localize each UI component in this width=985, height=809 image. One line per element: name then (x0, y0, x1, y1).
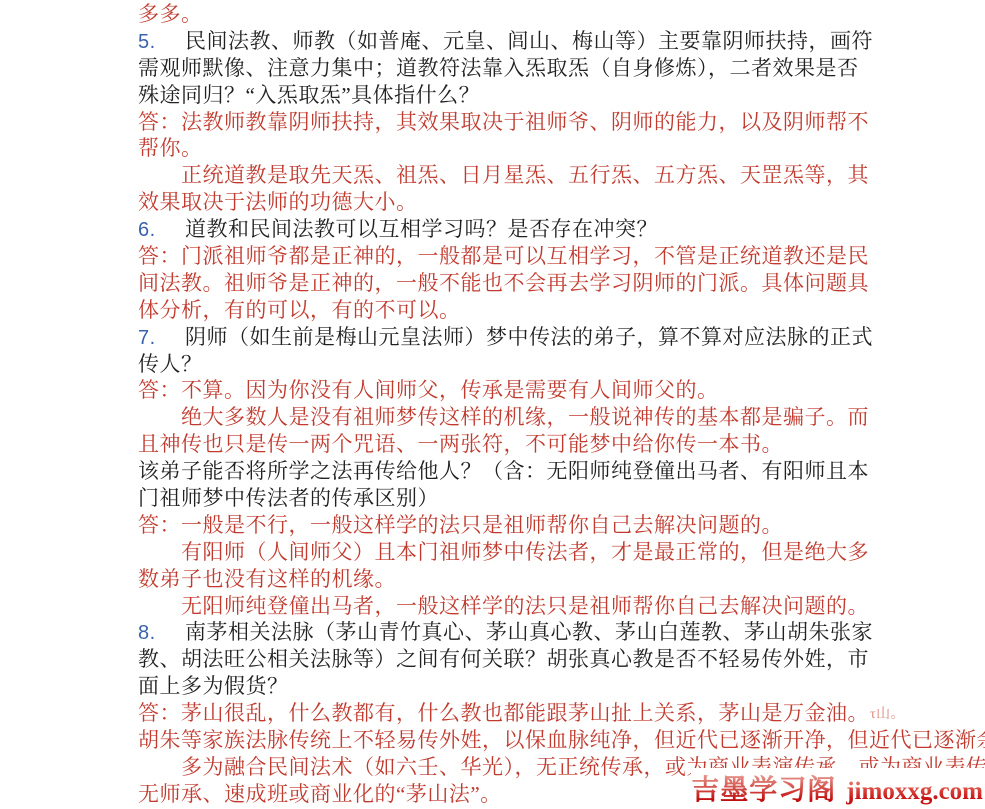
question-line: 教、胡法旺公相关法脉等）之间有何关联？胡张真心教是否不轻易传外姓，市 (138, 646, 985, 673)
question-number: 8. (138, 620, 185, 647)
line-text: 答：不算。因为你没有人间师父，传承是需要有人间师父的。 (138, 378, 719, 402)
answer-line: 数弟子也没有这样的机缘。 (138, 566, 985, 593)
answer-line: 绝大多数人是没有祖师梦传这样的机缘，一般说神传的基本都是骗子。而 (138, 404, 985, 431)
question-line: 门祖师梦中传法者的传承区别） (138, 485, 985, 512)
answer-line: 答：茅山很乱，什么教都有，什么教也都能跟茅山扯上关系，茅山是万金油。τ山。 (138, 700, 985, 727)
line-text: 阴师（如生前是梅山元皇法师）梦中传法的弟子，算不算对应法脉的正式 (185, 325, 873, 349)
answer-line: 且神传也只是传一两个咒语、一两张符，不可能梦中给你传一本书。 (138, 431, 985, 458)
line-text: 南茅相关法脉（茅山青竹真心、茅山真心教、茅山白莲教、茅山胡朱张家 (185, 620, 873, 644)
line-text: 道教和民间法教可以互相学习吗？是否存在冲突？ (185, 217, 658, 241)
document-page: 多多。5.民间法教、师教（如普庵、元皇、闾山、梅山等）主要靠阴师扶持，画符需观师… (0, 1, 985, 809)
line-text: 殊途同归？“入炁取炁”具体指什么？ (138, 83, 480, 107)
line-text: 数弟子也没有这样的机缘。 (138, 567, 396, 591)
question-line: 传人？ (138, 351, 985, 378)
question-line: 面上多为假货？ (138, 673, 985, 700)
answer-line: 有阳师（人间师父）且本门祖师梦中传法者，才是最正常的，但是绝大多 (138, 539, 985, 566)
line-text: 答：法教师教靠阴师扶持，其效果取决于祖师爷、阴师的能力，以及阴师帮不 (138, 110, 869, 134)
answer-line: 答：一般是不行，一般这样学的法只是祖师帮你自己去解决问题的。 (138, 512, 985, 539)
answer-line: 多多。 (138, 1, 985, 28)
answer-line: 答：不算。因为你没有人间师父，传承是需要有人间师父的。 (138, 377, 985, 404)
answer-line: 答：门派祖师爷都是正神的，一般都是可以互相学习，不管是正统道教还是民 (138, 243, 985, 270)
question-line: 5.民间法教、师教（如普庵、元皇、闾山、梅山等）主要靠阴师扶持，画符 (138, 28, 985, 55)
document-text-block: 多多。5.民间法教、师教（如普庵、元皇、闾山、梅山等）主要靠阴师扶持，画符需观师… (138, 1, 985, 808)
watermark-brand: 吉墨学习阁 (691, 768, 836, 808)
line-text: 无阳师纯登僮出马者，一般这样学的法只是祖师帮你自己去解决问题的。 (138, 594, 869, 618)
answer-line: 无阳师纯登僮出马者，一般这样学的法只是祖师帮你自己去解决问题的。 (138, 593, 985, 620)
question-line: 8.南茅相关法脉（茅山青竹真心、茅山真心教、茅山白莲教、茅山胡朱张家 (138, 619, 985, 646)
line-text: 间法教。祖师爷是正神的，一般不能也不会再去学习阴师的门派。具体问题具 (138, 271, 869, 295)
question-number: 6. (138, 217, 185, 244)
question-number: 7. (138, 325, 185, 352)
line-text: 答：茅山很乱，什么教都有，什么教也都能跟茅山扯上关系，茅山是万金油。 (138, 701, 869, 725)
line-text: 无师承、速成班或商业化的“茅山法”。 (138, 782, 502, 806)
line-text: 需观师默像、注意力集中；道教符法靠入炁取炁（自身修炼），二者效果是否 (138, 56, 859, 80)
line-text: 民间法教、师教（如普庵、元皇、闾山、梅山等）主要靠阴师扶持，画符 (185, 29, 873, 53)
line-text: 门祖师梦中传法者的传承区别） (138, 486, 439, 510)
line-text: 有阳师（人间师父）且本门祖师梦中传法者，才是最正常的，但是绝大多 (138, 540, 869, 564)
line-text: 多多。 (138, 2, 203, 26)
line-text: 该弟子能否将所学之法再传给他人？（含：无阳师纯登僮出马者、有阳师且本 (138, 459, 869, 483)
answer-line: 胡朱等家族法脉传统上不轻易传外姓，以保血脉纯净，但近代已逐渐开净，但近代已逐渐余 (138, 727, 985, 754)
line-text: 体分析，有的可以，有的不可以。 (138, 298, 461, 322)
answer-line: 正统道教是取先天炁、祖炁、日月星炁、五行炁、五方炁、天罡炁等，其 (138, 162, 985, 189)
answer-line: 体分析，有的可以，有的不可以。 (138, 297, 985, 324)
line-text: 面上多为假货？ (138, 674, 289, 698)
question-line: 殊途同归？“入炁取炁”具体指什么？ (138, 82, 985, 109)
line-text: 传人？ (138, 352, 203, 376)
question-line: 该弟子能否将所学之法再传给他人？（含：无阳师纯登僮出马者、有阳师且本 (138, 458, 985, 485)
line-text: 效果取决于法师的功德大小。 (138, 190, 418, 214)
line-text: 绝大多数人是没有祖师梦传这样的机缘，一般说神传的基本都是骗子。而 (138, 405, 869, 429)
line-text: 帮你。 (138, 136, 203, 160)
render-glitch-artifact: τ山。 (870, 707, 905, 722)
line-text: 答：门派祖师爷都是正神的，一般都是可以互相学习，不管是正统道教还是民 (138, 244, 869, 268)
line-text: 且神传也只是传一两个咒语、一两张符，不可能梦中给你传一本书。 (138, 432, 783, 456)
watermark: 吉墨学习阁 jimoxxg.com (691, 768, 985, 808)
line-text: 正统道教是取先天炁、祖炁、日月星炁、五行炁、五方炁、天罡炁等，其 (138, 163, 869, 187)
answer-line: 效果取决于法师的功德大小。 (138, 189, 985, 216)
line-text: 胡朱等家族法脉传统上不轻易传外姓，以保血脉纯净，但近代已逐渐开净，但近代已逐渐余 (138, 728, 985, 752)
watermark-domain: jimoxxg.com (846, 778, 983, 806)
answer-line: 帮你。 (138, 135, 985, 162)
answer-line: 答：法教师教靠阴师扶持，其效果取决于祖师爷、阴师的能力，以及阴师帮不 (138, 109, 985, 136)
question-line: 6.道教和民间法教可以互相学习吗？是否存在冲突？ (138, 216, 985, 243)
answer-line: 间法教。祖师爷是正神的，一般不能也不会再去学习阴师的门派。具体问题具 (138, 270, 985, 297)
question-line: 需观师默像、注意力集中；道教符法靠入炁取炁（自身修炼），二者效果是否 (138, 55, 985, 82)
line-text: 教、胡法旺公相关法脉等）之间有何关联？胡张真心教是否不轻易传外姓，市 (138, 647, 869, 671)
question-number: 5. (138, 29, 185, 56)
line-text: 答：一般是不行，一般这样学的法只是祖师帮你自己去解决问题的。 (138, 513, 783, 537)
question-line: 7.阴师（如生前是梅山元皇法师）梦中传法的弟子，算不算对应法脉的正式 (138, 324, 985, 351)
